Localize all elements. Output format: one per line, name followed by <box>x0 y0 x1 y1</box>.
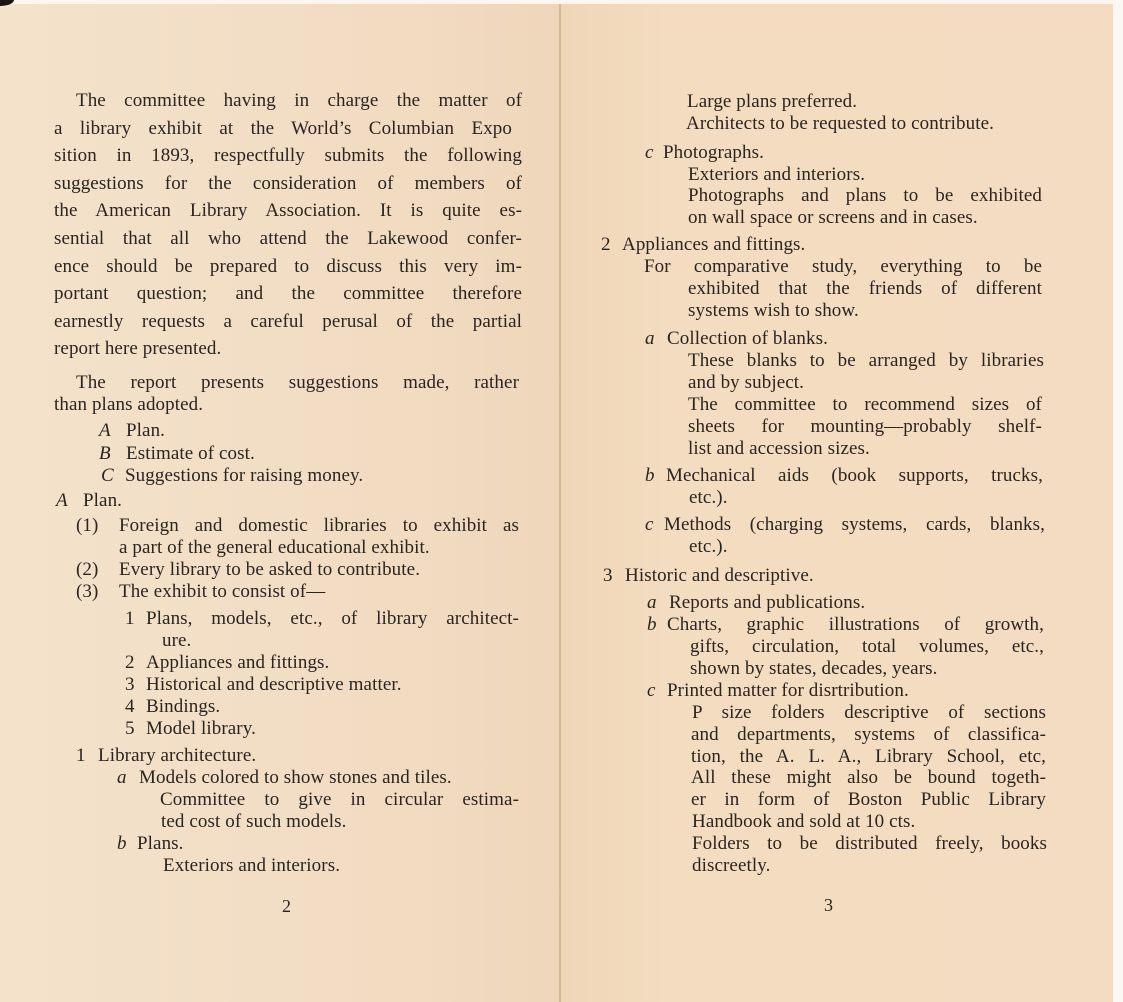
text-line: suggestions for the consideration of mem… <box>54 173 522 195</box>
text-line: Reports and publications. <box>669 592 865 614</box>
item-marker: c <box>645 142 654 164</box>
text-line: er in form of Boston Public Library <box>691 789 1046 811</box>
text-line: Large plans preferred. <box>687 91 857 113</box>
text-line: All these might also be bound togeth- <box>691 767 1046 789</box>
text-line: shown by states, decades, years. <box>690 658 938 680</box>
text-line: Committee to give in circular estima- <box>160 789 519 811</box>
text-line: Folders to be distributed freely, books <box>692 833 1047 855</box>
outline-item: Estimate of cost. <box>126 443 255 465</box>
text-line: For comparative study, everything to be <box>644 256 1042 278</box>
page-number: 2 <box>282 895 291 917</box>
text-line: etc.). <box>689 487 728 509</box>
text-line: The exhibit to consist of— <box>119 581 325 603</box>
text-line: portant question; and the committee ther… <box>54 283 522 305</box>
book-gutter <box>559 4 561 1002</box>
item-marker: 1 <box>125 608 135 630</box>
text-line: Appliances and fittings. <box>146 652 329 674</box>
text-line: earnestly requests a careful perusal of … <box>54 311 522 333</box>
item-marker: (1) <box>76 515 98 537</box>
section-heading: Appliances and fittings. <box>622 234 805 256</box>
text-line: Plans. <box>137 833 184 855</box>
section-marker: 3 <box>603 565 613 587</box>
scan-right-margin <box>1113 0 1123 1002</box>
text-line: ted cost of such models. <box>161 811 347 833</box>
section-marker: A <box>56 490 68 512</box>
section-heading: Historic and descriptive. <box>625 565 814 587</box>
text-line: ence should be prepared to discuss this … <box>54 256 522 278</box>
text-line: Architects to be requested to contribute… <box>686 113 994 135</box>
item-marker: a <box>645 328 655 350</box>
text-line: P size folders descriptive of sections <box>692 702 1046 724</box>
text-line: sential that all who attend the Lakewood… <box>54 228 522 250</box>
text-line: Printed matter for disrtribution. <box>667 680 909 702</box>
outline-marker: A <box>99 420 111 442</box>
item-marker: 2 <box>125 652 135 674</box>
item-marker: b <box>645 465 655 487</box>
text-line: The committee to recommend sizes of <box>688 394 1042 416</box>
outline-marker: C <box>101 465 114 487</box>
text-line: Model library. <box>146 718 256 740</box>
item-marker: 5 <box>125 718 135 740</box>
text-line: sition in 1893, respectfully submits the… <box>54 145 522 167</box>
scan-top-margin <box>0 0 1123 4</box>
item-marker: (3) <box>76 581 98 603</box>
item-marker: 3 <box>125 674 135 696</box>
text-line: the American Library Association. It is … <box>54 200 522 222</box>
text-line: on wall space or screens and in cases. <box>688 207 978 229</box>
text-line: ure. <box>162 630 191 652</box>
item-marker: b <box>647 614 657 636</box>
text-line: and departments, systems of classifica- <box>691 724 1046 746</box>
text-line: The report presents suggestions made, ra… <box>76 372 519 394</box>
item-marker: a <box>647 592 657 614</box>
text-line: Photographs. <box>663 142 764 164</box>
text-line: Photographs and plans to be exhibited <box>688 185 1042 207</box>
text-line: Historical and descriptive matter. <box>146 674 402 696</box>
text-line: Models colored to show stones and tiles. <box>139 767 452 789</box>
text-line: Every library to be asked to contribute. <box>119 559 420 581</box>
text-line: The committee having in charge the matte… <box>76 90 522 112</box>
outline-item: Plan. <box>126 420 165 442</box>
item-marker: c <box>645 514 654 536</box>
text-line: Plans, models, etc., of library architec… <box>146 608 519 630</box>
section-heading: Library architecture. <box>98 745 256 767</box>
page-number: 3 <box>824 894 833 916</box>
book-spread: The committee having in charge the matte… <box>0 0 1123 1002</box>
text-line: sheets for mounting—probably shelf- <box>688 416 1042 438</box>
item-marker: a <box>117 767 127 789</box>
item-marker: 4 <box>125 696 135 718</box>
item-marker: b <box>117 833 127 855</box>
section-heading: Plan. <box>83 490 122 512</box>
text-line: systems wish to show. <box>688 300 859 322</box>
outline-item: Suggestions for raising money. <box>125 465 363 487</box>
text-line: list and accession sizes. <box>688 438 870 460</box>
text-line: discreetly. <box>692 855 770 877</box>
text-line: Exteriors and interiors. <box>163 855 340 877</box>
item-marker: (2) <box>76 559 98 581</box>
item-marker: c <box>647 680 656 702</box>
section-marker: 2 <box>601 234 611 256</box>
text-line: Foreign and domestic libraries to exhibi… <box>119 515 519 537</box>
text-line: gifts, circulation, total volumes, etc., <box>690 636 1044 658</box>
text-line: etc.). <box>689 536 728 558</box>
text-line: Methods (charging systems, cards, blanks… <box>664 514 1045 536</box>
text-line: tion, the A. L. A., Library School, etc, <box>691 746 1046 768</box>
text-line: exhibited that the friends of different <box>688 278 1042 300</box>
text-line: report here presented. <box>54 338 221 360</box>
outline-marker: B <box>99 443 111 465</box>
text-line: and by subject. <box>688 372 804 394</box>
text-line: than plans adopted. <box>54 394 203 416</box>
text-line: These blanks to be arranged by libraries <box>688 350 1044 372</box>
text-line: Exteriors and interiors. <box>688 164 865 186</box>
text-line: a library exhibit at the World’s Columbi… <box>54 118 512 140</box>
text-line: a part of the general educational exhibi… <box>119 537 430 559</box>
text-line: Collection of blanks. <box>667 328 828 350</box>
text-line: Mechanical aids (book supports, trucks, <box>666 465 1043 487</box>
text-line: Charts, graphic illustrations of growth, <box>667 614 1044 636</box>
text-line: Handbook and sold at 10 cts. <box>692 811 915 833</box>
section-marker: 1 <box>76 745 86 767</box>
text-line: Bindings. <box>146 696 220 718</box>
